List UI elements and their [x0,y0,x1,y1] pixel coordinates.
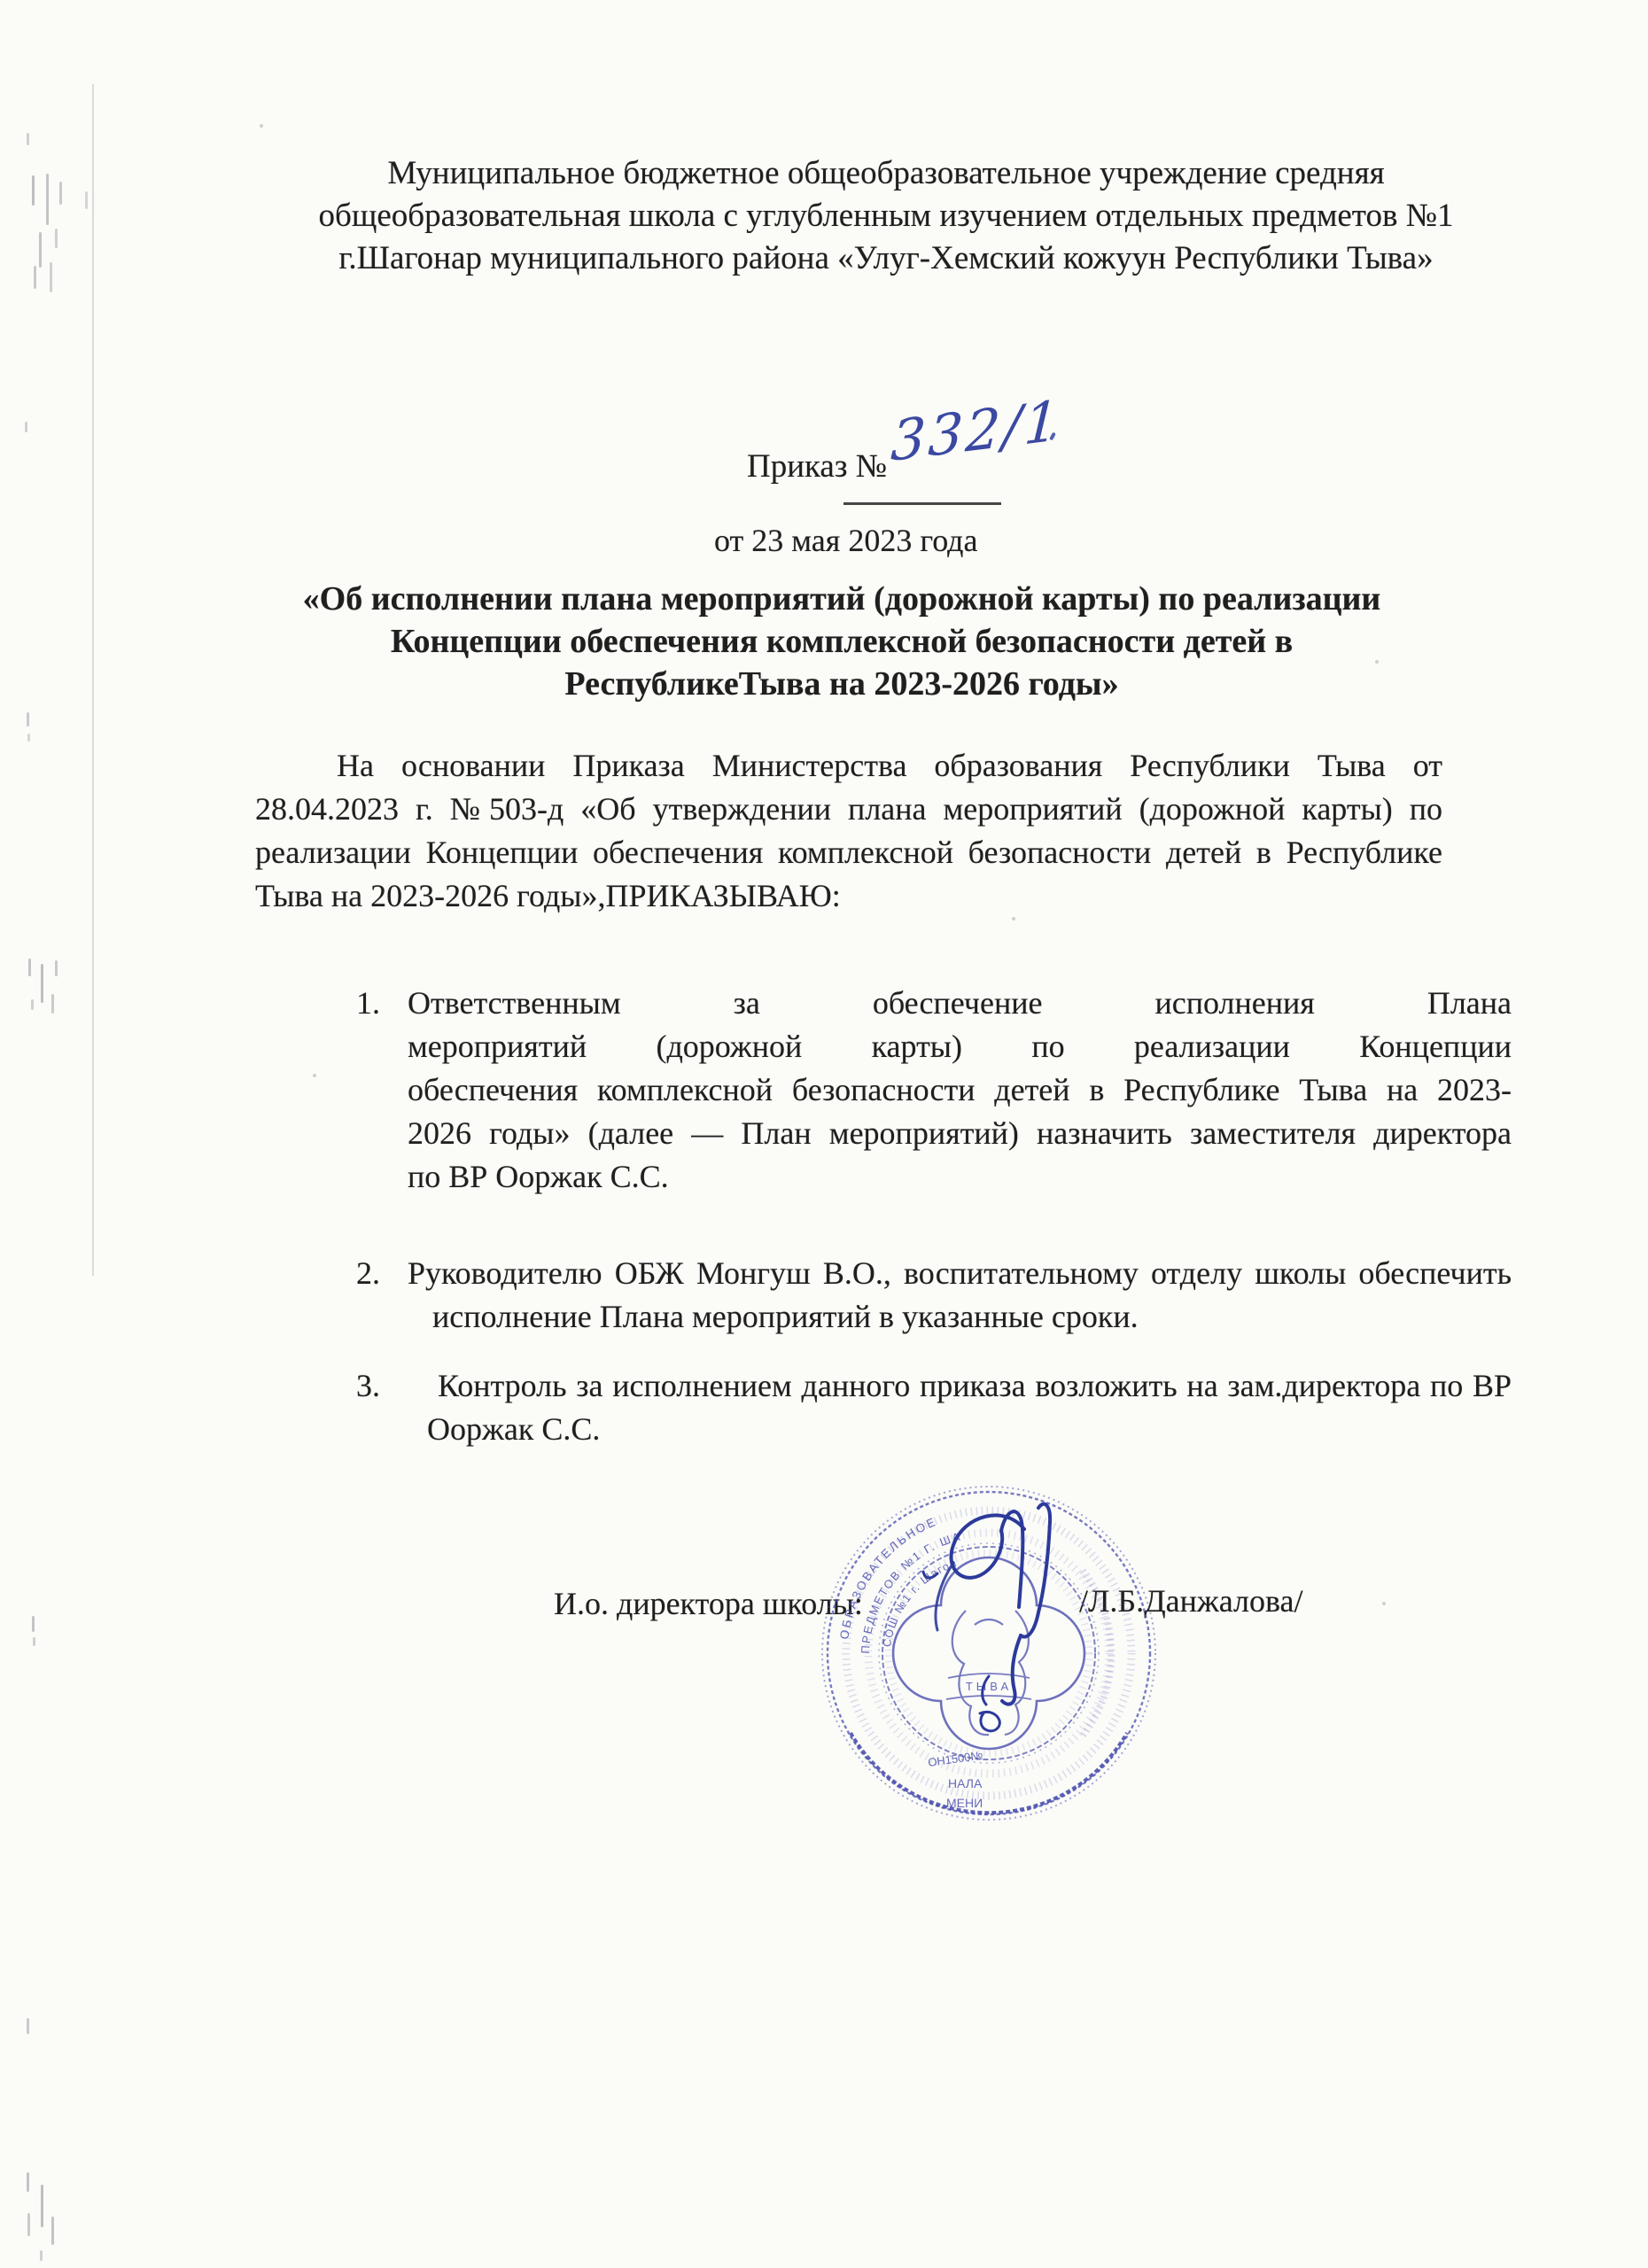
scan-artifact [27,2172,29,2192]
scan-artifact [31,999,34,1010]
stamp-center-text: ТЫВА [966,1680,1012,1693]
scan-artifact [27,734,30,742]
item-line: Руководителю ОБЖ Монгуш В.О., воспитател… [408,1252,1512,1295]
scan-artifact [51,2217,54,2245]
order-title-line: Концепции обеспечения комплексной безопа… [133,620,1551,663]
scan-artifact [27,712,29,726]
scan-artifact [39,232,42,268]
scan-artifact [27,133,29,145]
list-item-1: 1. Ответственным за обеспечение исполнен… [356,982,1512,1199]
scan-artifact [32,1616,35,1632]
scan-artifact [32,175,35,206]
school-name-line: общеобразовательная школа с углубленным … [159,195,1613,237]
scan-artifact [27,2018,29,2034]
item-line: Контроль за исполнением данного приказа … [408,1364,1512,1408]
order-number-handwritten: 332/1 [890,393,1063,470]
item-line: мероприятий (дорожной карты) по реализац… [408,1025,1512,1068]
school-name-line: г.Шагонар муниципального района «Улуг-Хе… [159,237,1613,280]
item-number: 1. [356,982,380,1025]
stamp-bottom-edge [851,1733,1127,1813]
item-line: исполнение Плана мероприятий в указанные… [408,1295,1512,1339]
scan-artifact [50,262,52,292]
preamble-line: реализации Концепции обеспечения комплек… [255,831,1442,874]
document-header: Муниципальное бюджетное общеобразователь… [159,152,1613,280]
list-item-3: 3. Контроль за исполнением данного прика… [356,1364,1512,1451]
item-line: 2026 годы» (далее — План мероприятий) на… [408,1112,1512,1155]
stamp-bottom-word: НАЛА [948,1776,983,1790]
preamble-line: Тыва на 2023-2026 годы»,ПРИКАЗЫВАЮ: [255,874,1442,918]
item-number: 2. [356,1252,380,1295]
scan-artifact [55,229,58,248]
scan-artifact [85,191,88,209]
item-line: Ответственным за обеспечение исполнения … [408,982,1512,1025]
scan-artifact [33,1637,35,1646]
item-line: обеспечения комплексной безопасности дет… [408,1068,1512,1112]
item-line: по ВР Ооржак С.С. [408,1155,1512,1199]
item-line: Ооржак С.С. [408,1408,1512,1451]
scan-speck [260,124,263,128]
scanned-order-document: Муниципальное бюджетное общеобразователь… [0,0,1648,2268]
scan-artifact [46,174,49,225]
scan-artifact [41,2185,43,2227]
scan-artifact [27,2213,30,2236]
order-title-line: «Об исполнении плана мероприятий (дорожн… [133,578,1551,620]
order-label: Приказ № [747,447,887,486]
order-date: от 23 мая 2023 года [714,521,977,560]
scan-artifact-line [92,84,94,1276]
list-item-2: 2. Руководителю ОБЖ Монгуш В.О., воспита… [356,1252,1512,1339]
stamp-bottom-word: МЕНИ [946,1796,983,1810]
school-stamp: ОБРАЗОВАТЕЛЬНОЕ ПРЕДМЕТОВ №1 Г. ША СОШ №… [815,1478,1162,1832]
scan-artifact [34,266,36,289]
preamble-paragraph: На основании Приказа Министерства образо… [255,744,1442,918]
scan-speck [1382,1602,1386,1605]
order-title: «Об исполнении плана мероприятий (дорожн… [133,578,1551,705]
scan-artifact [25,422,27,432]
order-title-line: РеспубликеТыва на 2023-2026 годы» [133,663,1551,705]
preamble-line: 28.04.2023 г. №503-д «Об утверждении пла… [255,788,1442,831]
item-number: 3. [356,1364,380,1408]
school-name-line: Муниципальное бюджетное общеобразователь… [159,152,1613,195]
stamp-bottom-number: ОН1500№ [927,1748,983,1769]
scan-artifact [59,182,62,205]
scan-artifact [40,2250,43,2261]
scan-artifact [55,960,58,976]
scan-artifact [41,964,43,1003]
preamble-line: На основании Приказа Министерства образо… [255,744,1442,788]
scan-artifact [51,994,54,1014]
order-number-underline [843,502,1001,505]
scan-artifact [28,959,31,976]
scan-speck [313,1074,316,1077]
